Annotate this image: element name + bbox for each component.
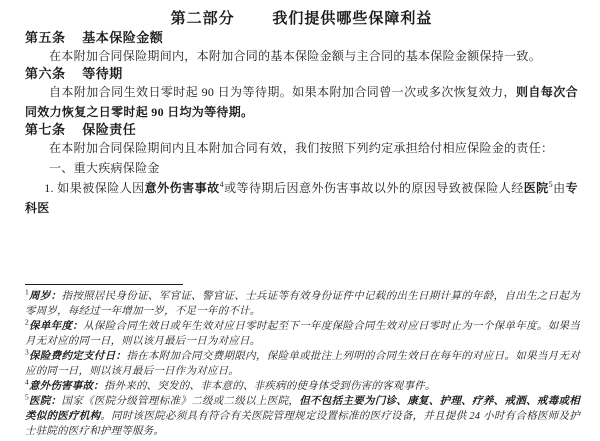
- footnote-2-term: 保单年度：: [29, 321, 83, 332]
- article-7-list-item: 一、重大疾病保险金: [25, 158, 578, 178]
- text-run: 1. 如果被保险人因: [44, 181, 144, 195]
- article-6-title: 等待期: [82, 66, 123, 81]
- article-7-heading: 第七条 保险责任: [25, 122, 578, 138]
- footnote-4-text: 指外来的、突发的、非本意的、非疾病的使身体受到伤害的客观事件。: [104, 381, 436, 392]
- footnote-1-term: 周岁：: [29, 291, 62, 302]
- footnote-5-text-a: 国家《医院分级管理标准》二级或二级以上医院，: [61, 396, 299, 407]
- footnote-4: 4意外伤害事故：指外来的、突发的、非本意的、非疾病的使身体受到伤害的客观事件。: [25, 379, 580, 394]
- bold-run: 医院: [524, 181, 549, 195]
- page-title-part: 第二部分: [171, 11, 235, 27]
- footnote-2: 2保单年度：从保险合同生效日或年生效对应日零时起至下一年度保险合同生效对应日零时…: [25, 319, 580, 349]
- article-7-title: 保险责任: [82, 122, 136, 137]
- text-run: 或等待期后因意外伤害事故以外的原因导致被保险人经: [224, 181, 524, 195]
- article-5-paragraph: 在本附加合同保险期间内，本附加合同的基本保险金额与主合同的基本保险金额保持一致。: [25, 46, 578, 66]
- page-title-text: 我们提供哪些保障利益: [272, 11, 432, 27]
- footnote-1: 1周岁：指按照居民身份证、军官证、警官证、士兵证等有效身份证件中记载的出生日期计…: [25, 289, 580, 319]
- footnote-3: 3保险费约定支付日：指在本附加合同交费期限内，保险单或批注上列明的合同生效日在每…: [25, 349, 580, 379]
- footnote-1-text: 指按照居民身份证、军官证、警官证、士兵证等有效身份证件中记载的出生日期计算的年龄…: [25, 291, 580, 317]
- document-page: 第二部分 我们提供哪些保障利益 第五条 基本保险金额 在本附加合同保险期间内，本…: [0, 0, 600, 441]
- bold-run: 意外伤害事故: [145, 181, 220, 195]
- footnote-5-text-b: 。同时该医院必须具有符合有关医院管理规定设置标准的医疗设备，并且提供 24 小时…: [25, 411, 580, 437]
- page-title: 第二部分 我们提供哪些保障利益: [25, 8, 578, 30]
- footnotes-section: 1周岁：指按照居民身份证、军官证、警官证、士兵证等有效身份证件中记载的出生日期计…: [25, 284, 580, 439]
- footnote-separator: [25, 284, 183, 285]
- article-6-heading: 第六条 等待期: [25, 66, 578, 82]
- text-run: 自本附加合同生效日零时起 90 日为等待期。如果本附加合同曾一次或多次恢复效力，: [49, 85, 516, 99]
- article-7: 第七条 保险责任 在本附加合同保险期间内且本附加合同有效，我们按照下列约定承担给…: [25, 122, 578, 218]
- article-7-intro: 在本附加合同保险期间内且本附加合同有效，我们按照下列约定承担给付相应保险金的责任…: [25, 138, 578, 158]
- article-7-clause-1: 1. 如果被保险人因意外伤害事故4或等待期后因意外伤害事故以外的原因导致被保险人…: [25, 178, 578, 218]
- article-5-number: 第五条: [25, 30, 66, 45]
- footnote-5-term: 医院：: [29, 396, 62, 407]
- article-5-heading: 第五条 基本保险金额: [25, 30, 578, 46]
- text-run: 由: [553, 181, 566, 195]
- footnote-5: 5医院：国家《医院分级管理标准》二级或二级以上医院，但不包括主要为门诊、康复、护…: [25, 394, 580, 439]
- footnote-2-text: 从保险合同生效日或年生效对应日零时起至下一年度保险合同生效对应日零时止为一个保单…: [25, 321, 580, 347]
- footnote-4-term: 意外伤害事故：: [29, 381, 104, 392]
- article-5: 第五条 基本保险金额 在本附加合同保险期间内，本附加合同的基本保险金额与主合同的…: [25, 30, 578, 66]
- article-6-paragraph: 自本附加合同生效日零时起 90 日为等待期。如果本附加合同曾一次或多次恢复效力，…: [25, 82, 578, 122]
- article-6: 第六条 等待期 自本附加合同生效日零时起 90 日为等待期。如果本附加合同曾一次…: [25, 66, 578, 122]
- article-5-title: 基本保险金额: [82, 30, 163, 45]
- article-7-number: 第七条: [25, 122, 66, 137]
- article-6-number: 第六条: [25, 66, 66, 81]
- footnote-3-term: 保险费约定支付日：: [29, 351, 126, 362]
